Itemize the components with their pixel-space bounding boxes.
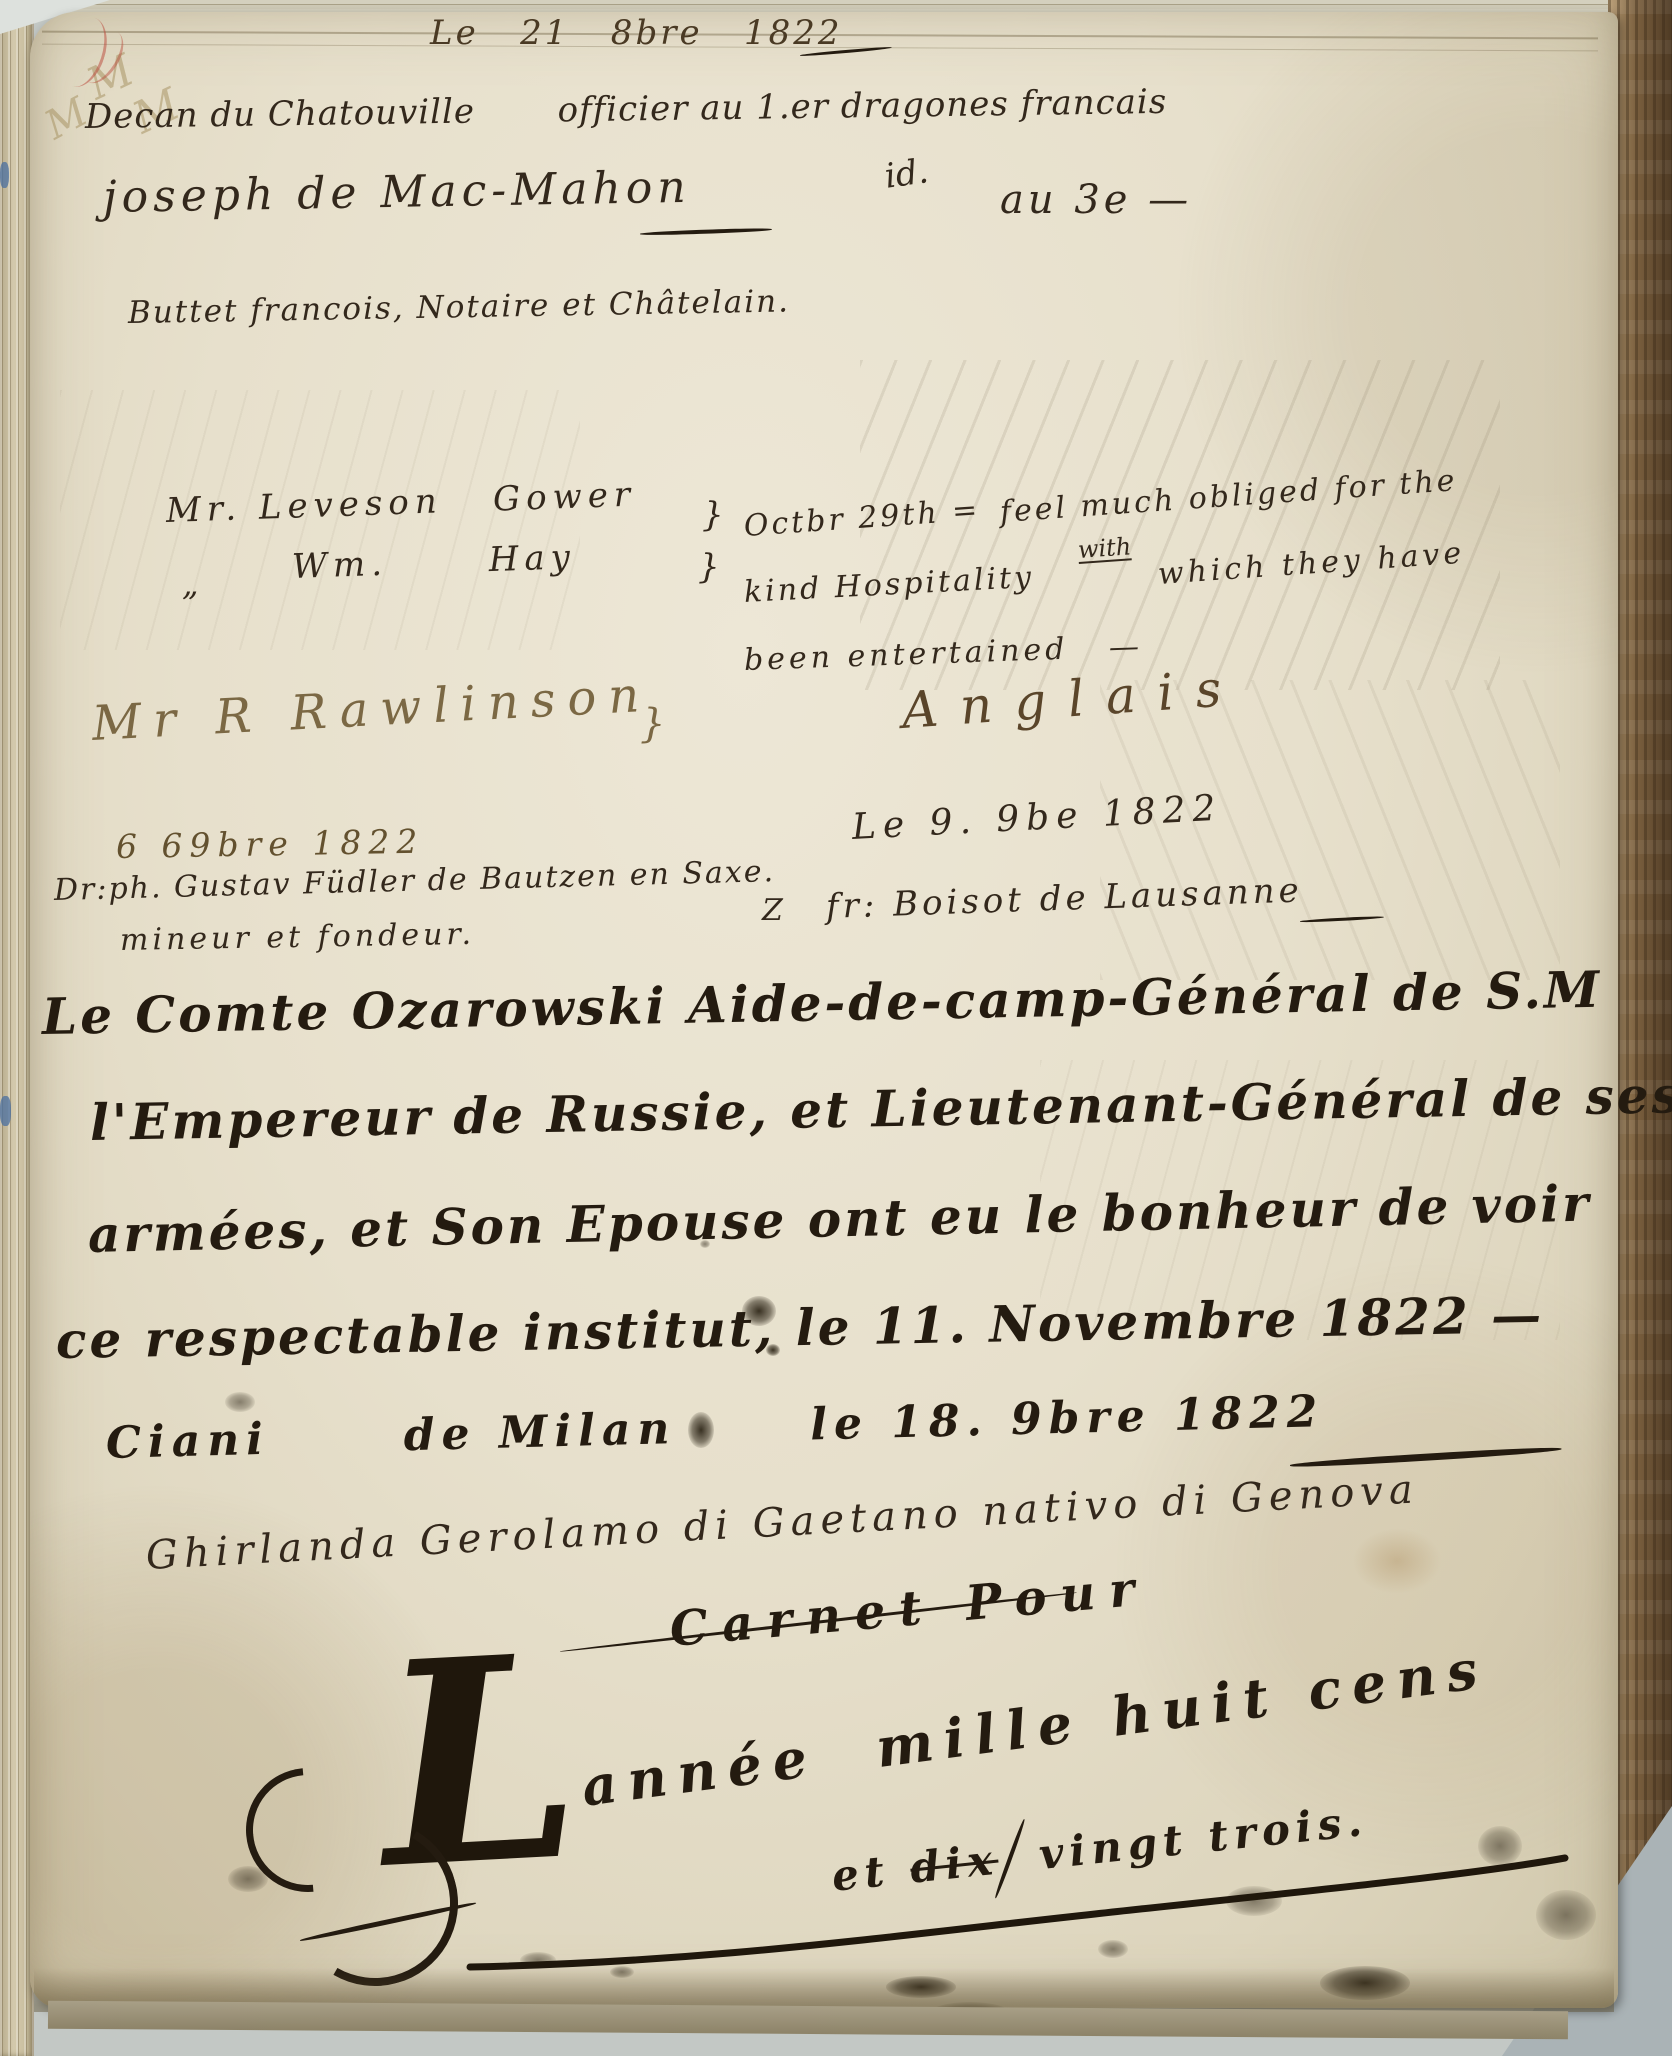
entry-macmahon-name: joseph de Mac-Mahon <box>103 166 691 220</box>
ink-blot <box>766 1344 780 1356</box>
entry-header-date: Le 21 8bre 1822 <box>430 16 843 50</box>
ink-smudge <box>520 1952 556 1968</box>
entry-macmahon-unit: au 3e — <box>1000 180 1192 220</box>
inserted-word: with <box>1077 534 1132 564</box>
ditto-mark: „ <box>182 568 199 600</box>
ink-blot <box>700 1240 710 1248</box>
ink-blot <box>742 1296 776 1326</box>
page-stack-left-edge <box>0 0 34 2056</box>
correction-mark: Z <box>762 896 783 926</box>
brace-mark: } <box>702 498 724 532</box>
entry-fiedler-line2: mineur et fondeur. <box>120 920 475 956</box>
blue-pigment-fleck <box>0 1096 11 1126</box>
ink-smudge <box>1478 1826 1522 1866</box>
ink-smudge <box>228 1866 268 1892</box>
paper-stain <box>1352 1528 1442 1594</box>
ink-smudge <box>1226 1886 1282 1916</box>
entry-rawlinson-date: 6 69bre 1822 <box>116 825 425 863</box>
bottom-flourish-underline <box>455 1842 1585 1982</box>
brace-mark: } <box>698 550 720 584</box>
brace-mark: } <box>640 704 665 744</box>
ink-blot <box>225 1392 255 1412</box>
entry-hay-name: Wm. Hay <box>291 540 576 584</box>
blue-pigment-fleck <box>0 162 9 188</box>
ink-smudge <box>1098 1940 1128 1958</box>
entry-macmahon-idem: id. <box>883 154 931 194</box>
manuscript-scan: M M M Le 21 8bre 1822 Decan du Chatouvil… <box>0 0 1672 2056</box>
ink-smudge <box>1536 1890 1596 1940</box>
ink-blot <box>688 1412 714 1448</box>
